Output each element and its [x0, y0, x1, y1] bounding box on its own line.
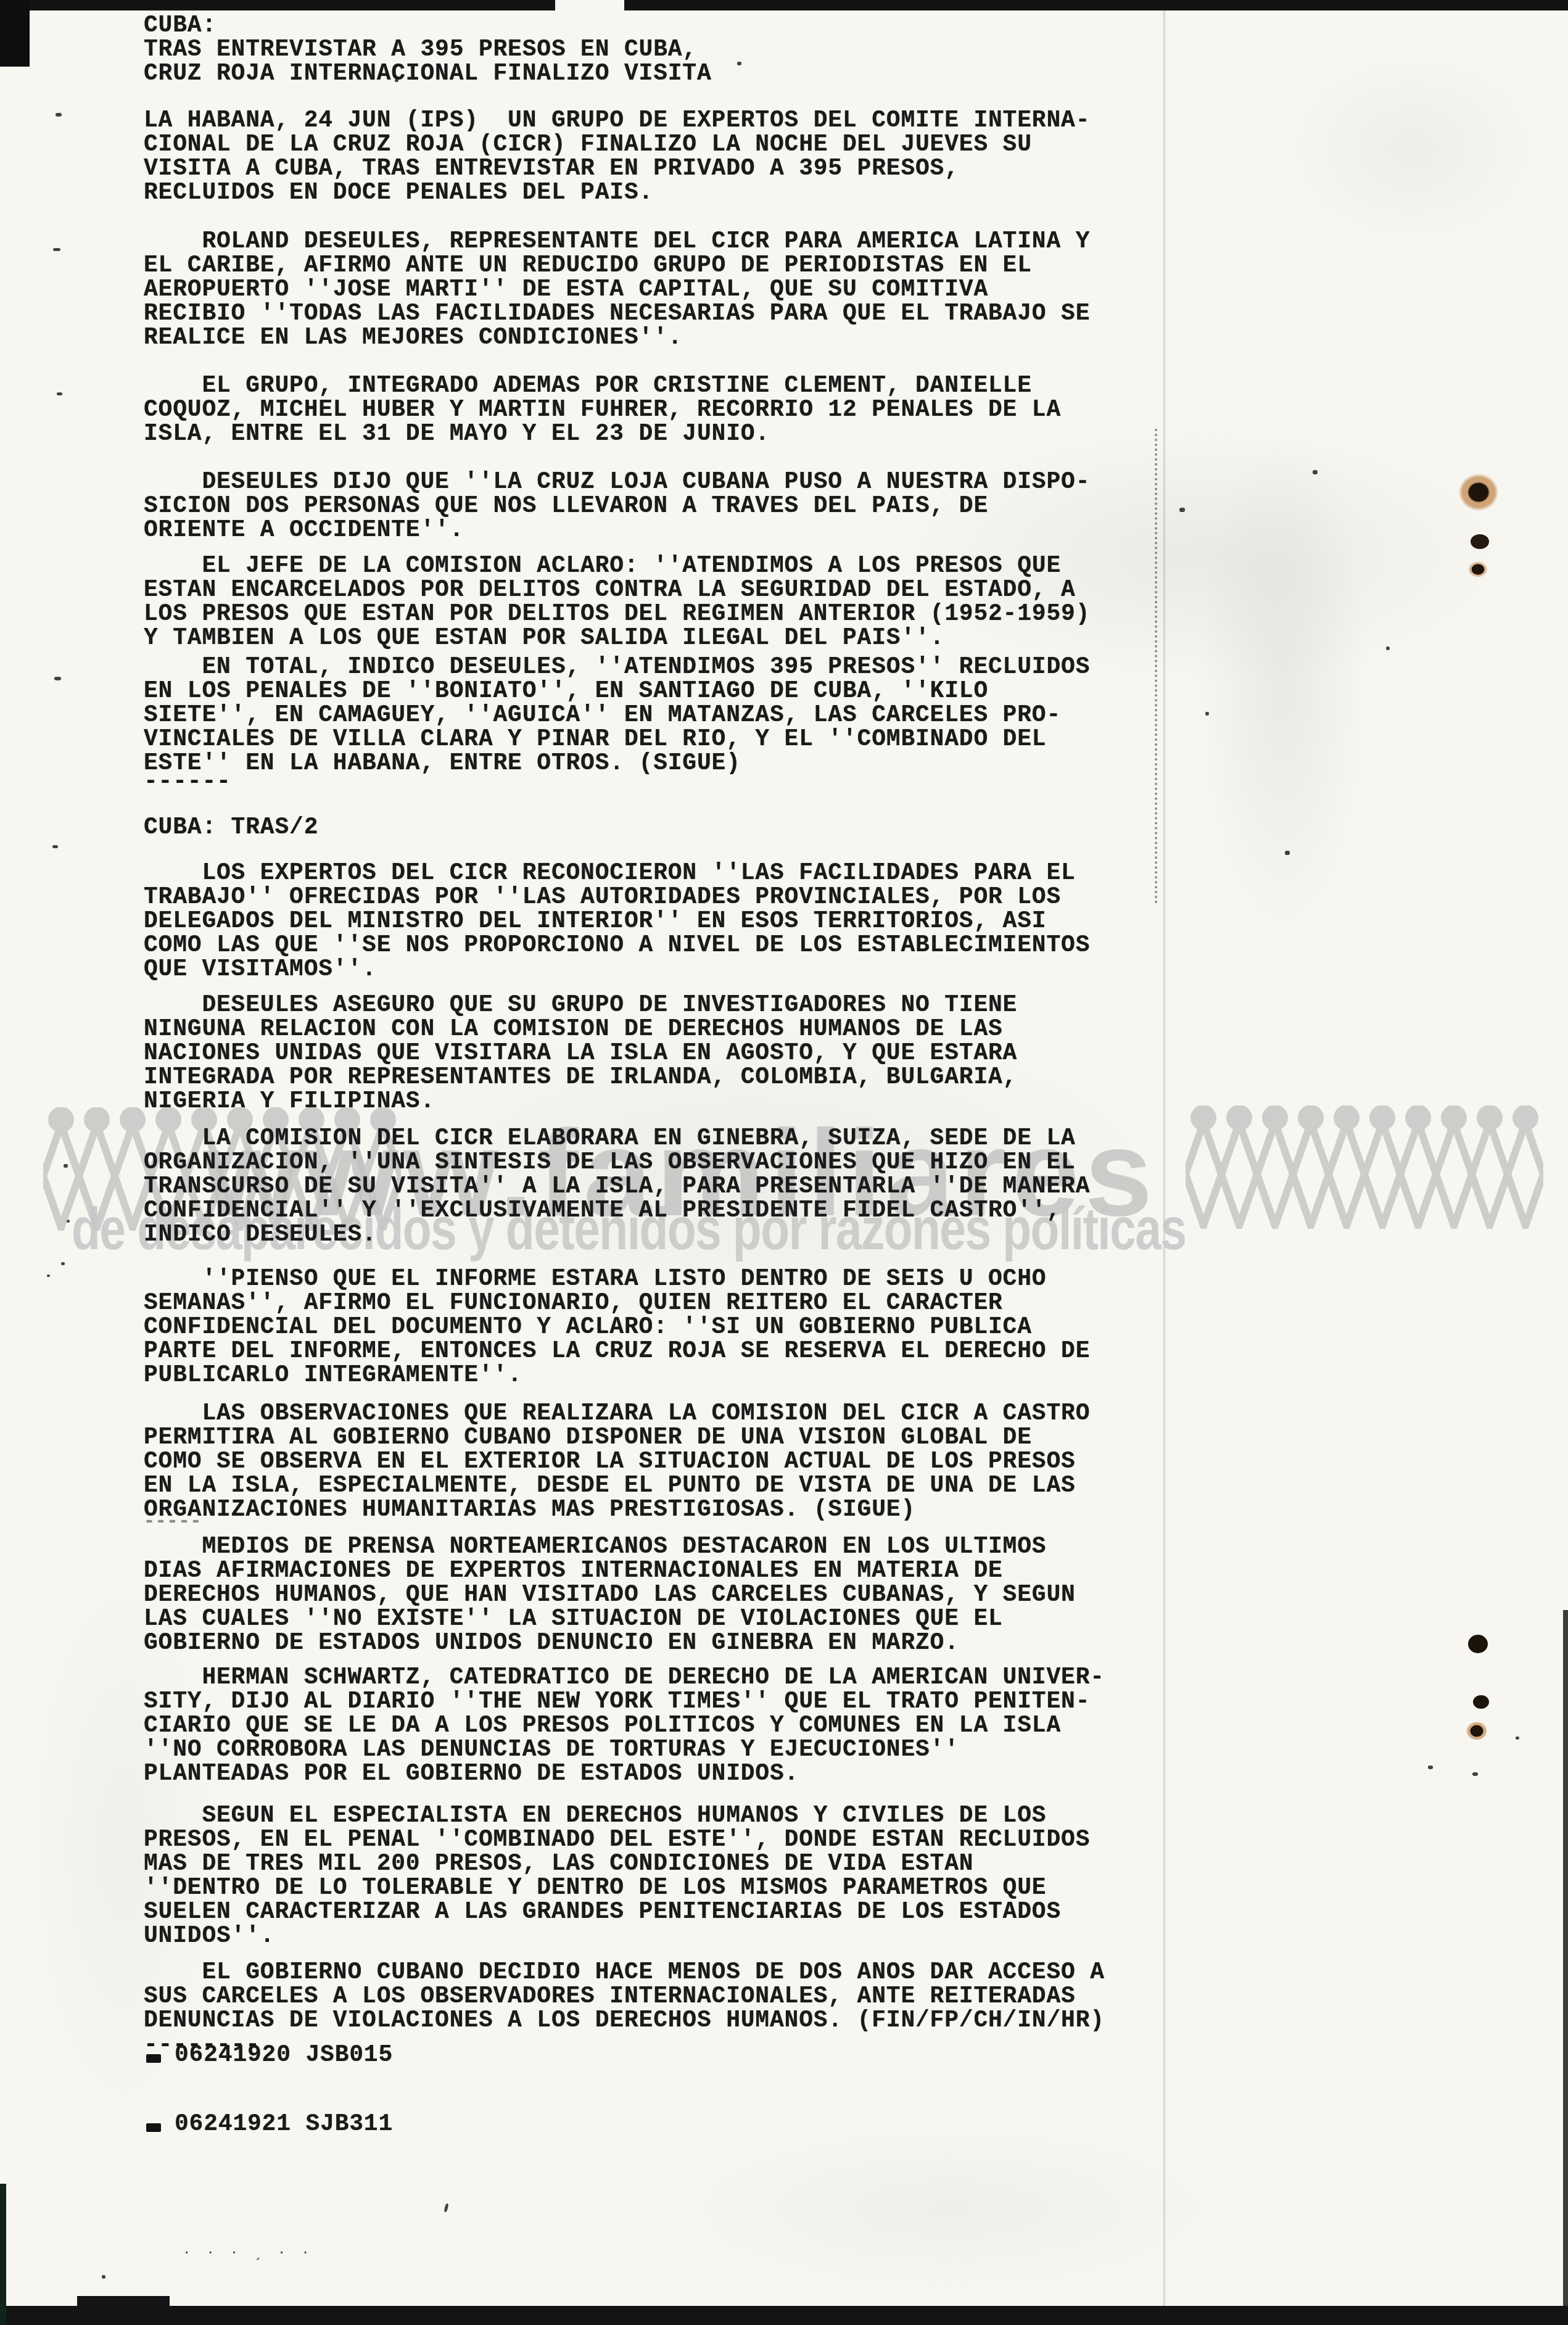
- paragraph-4: DESEULES DIJO QUE ''LA CRUZ LOJA CUBANA …: [144, 470, 1090, 542]
- paragraph-5: EL JEFE DE LA COMISION ACLARO: ''ATENDIM…: [144, 554, 1090, 650]
- rust-stain: [1471, 534, 1489, 549]
- rust-stain: [1473, 1695, 1489, 1709]
- paragraph-3: EL GRUPO, INTEGRADO ADEMAS POR CRISTINE …: [144, 374, 1061, 446]
- page-fold-dotted-line: [1155, 429, 1157, 904]
- paper-doll-chain-right-icon: [1186, 1105, 1543, 1229]
- separator-dashes: ------: [144, 770, 231, 794]
- scan-top-bar-gap: [555, 0, 624, 10]
- paragraph-6: EN TOTAL, INDICO DESEULES, ''ATENDIMOS 3…: [144, 655, 1090, 775]
- paragraph-10: ''PIENSO QUE EL INFORME ESTARA LISTO DEN…: [144, 1267, 1090, 1387]
- scan-noise: [1283, 49, 1542, 247]
- speck: [737, 62, 741, 65]
- speck: [1428, 1765, 1433, 1769]
- paragraph-2: ROLAND DESEULES, REPRESENTANTE DEL CICR …: [144, 229, 1090, 350]
- speck: [47, 1274, 50, 1277]
- scan-noise: [666, 2122, 1234, 2295]
- speck: [53, 248, 60, 251]
- speck: [1285, 851, 1290, 855]
- rust-stain: [1468, 1635, 1488, 1653]
- paragraph-13: HERMAN SCHWARTZ, CATEDRATICO DE DERECHO …: [144, 1666, 1105, 1786]
- scan-bottom-bar-bump: [77, 2296, 170, 2308]
- speck: [54, 677, 61, 680]
- scanned-document-page: www.familiares de desaparecidos y deteni…: [0, 0, 1568, 2325]
- paragraph-14: SEGUN EL ESPECIALISTA EN DERECHOS HUMANO…: [144, 1804, 1090, 1948]
- paragraph-12: MEDIOS DE PRENSA NORTEAMERICANOS DESTACA…: [144, 1535, 1076, 1655]
- rust-stain: [1464, 1720, 1489, 1742]
- paragraph-8: DESEULES ASEGURO QUE SU GRUPO DE INVESTI…: [144, 993, 1017, 1113]
- speck: [56, 113, 62, 117]
- speck: [1313, 470, 1318, 474]
- rust-stain: [1467, 560, 1489, 579]
- speck: [1205, 712, 1209, 716]
- code-bullet-icon: [146, 2123, 161, 2132]
- speck: [1472, 1772, 1478, 1776]
- scan-left-edge: [0, 2184, 6, 2325]
- paragraph-7: LOS EXPERTOS DEL CICR RECONOCIERON ''LAS…: [144, 861, 1090, 981]
- page-slug: CUBA: TRAS/2: [144, 816, 318, 840]
- speck: [1386, 646, 1390, 650]
- wire-code-1: 06241920 JSB015: [175, 2043, 393, 2067]
- speck: [102, 2275, 105, 2279]
- speck: [1179, 508, 1185, 512]
- speck: [57, 392, 62, 395]
- paragraph-1: LA HABANA, 24 JUN (IPS) UN GRUPO DE EXPE…: [144, 109, 1090, 205]
- scan-right-edge: [1563, 1610, 1568, 2306]
- separator-dashes: -----: [144, 1510, 202, 1534]
- speck: [444, 2203, 448, 2213]
- page-fold-line: [1163, 10, 1165, 2306]
- scan-noise: [1197, 432, 1369, 938]
- rust-stain: [1451, 466, 1506, 518]
- scan-corner-block: [0, 0, 30, 67]
- speck: [61, 1262, 65, 1265]
- wire-code-2: 06241921 SJB311: [175, 2112, 393, 2136]
- scan-top-bar: [28, 0, 1568, 10]
- speck: [1516, 1737, 1519, 1740]
- speck: [395, 79, 398, 82]
- document-header: CUBA: TRAS ENTREVISTAR A 395 PRESOS EN C…: [144, 14, 712, 86]
- speck: [52, 845, 58, 848]
- paragraph-9: LA COMISION DEL CICR ELABORARA EN GINEBR…: [144, 1126, 1090, 1247]
- paragraph-15: EL GOBIERNO CUBANO DECIDIO HACE MENOS DE…: [144, 1960, 1105, 2033]
- footer-dotted-mark: · · · ¸ · ·: [183, 2245, 313, 2261]
- code-bullet-icon: [146, 2054, 161, 2063]
- paragraph-11: LAS OBSERVACIONES QUE REALIZARA LA COMIS…: [144, 1402, 1090, 1522]
- scan-bottom-bar: [0, 2306, 1568, 2325]
